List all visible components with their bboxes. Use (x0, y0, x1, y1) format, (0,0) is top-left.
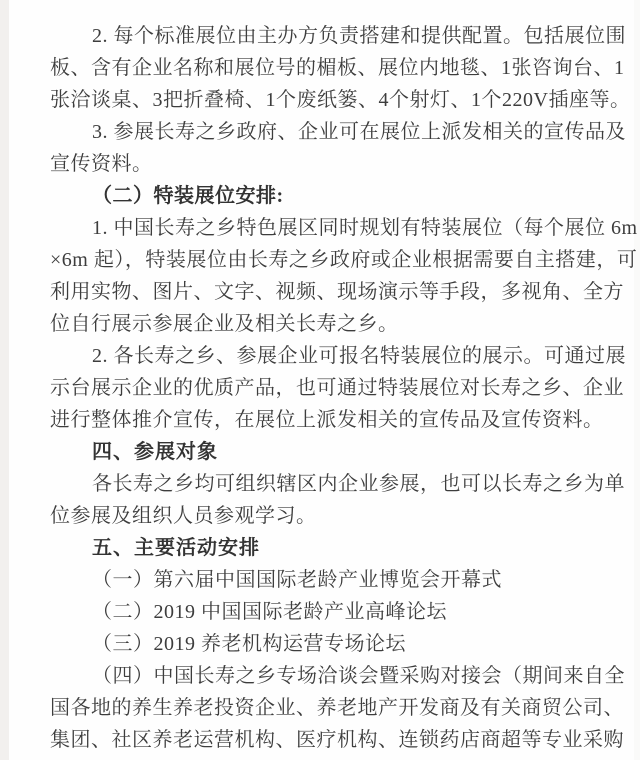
body-line: 集团、社区养老运营机构、医疗机构、连锁药店商超等专业采购 (50, 724, 616, 756)
page-right-edge-shadow (634, 0, 640, 760)
subsection-heading: （二）特装展位安排: (50, 180, 616, 212)
body-line: 张洽谈桌、3把折叠椅、1个废纸篓、4个射灯、1个220V插座等。 (50, 84, 616, 116)
body-line: 示台展示企业的优质产品，也可通过特装展位对长寿之乡、企业 (50, 372, 616, 404)
body-line: 利用实物、图片、文字、视频、现场演示等手段，多视角、全方 (50, 276, 616, 308)
list-item-line: （二）2019 中国国际老龄产业高峰论坛 (50, 596, 616, 628)
list-item-line: （三）2019 养老机构运营专场论坛 (50, 628, 616, 660)
section-heading: 五、主要活动安排 (50, 532, 616, 564)
body-line: 2. 每个标准展位由主办方负责搭建和提供配置。包括展位围 (50, 20, 616, 52)
body-line: 各长寿之乡均可组织辖区内企业参展，也可以长寿之乡为单 (50, 468, 616, 500)
body-line: 板、含有企业名称和展位号的楣板、展位内地毯、1张咨询台、1 (50, 52, 616, 84)
body-line: 位自行展示参展企业及相关长寿之乡。 (50, 308, 616, 340)
body-line: 国各地的养生养老投资企业、养老地产开发商及有关商贸公司、 (50, 692, 616, 724)
body-line: 2. 各长寿之乡、参展企业可报名特装展位的展示。可通过展 (50, 340, 616, 372)
body-line: 进行整体推介宣传，在展位上派发相关的宣传品及宣传资料。 (50, 404, 616, 436)
section-heading: 四、参展对象 (50, 436, 616, 468)
list-item-line: （一）第六届中国国际老龄产业博览会开幕式 (50, 564, 616, 596)
document-content: 2. 每个标准展位由主办方负责搭建和提供配置。包括展位围 板、含有企业名称和展位… (50, 20, 616, 756)
list-item-line: （四）中国长寿之乡专场洽谈会暨采购对接会（期间来自全 (50, 660, 616, 692)
body-line: 1. 中国长寿之乡特色展区同时规划有特装展位（每个展位 6m (50, 212, 616, 244)
body-line: 宣传资料。 (50, 148, 616, 180)
body-line: 3. 参展长寿之乡政府、企业可在展位上派发相关的宣传品及 (50, 116, 616, 148)
page-left-edge-shadow (0, 0, 9, 760)
document-page: 2. 每个标准展位由主办方负责搭建和提供配置。包括展位围 板、含有企业名称和展位… (0, 0, 640, 760)
body-line: 位参展及组织人员参观学习。 (50, 500, 616, 532)
body-line: ×6m 起），特装展位由长寿之乡政府或企业根据需要自主搭建，可 (50, 244, 616, 276)
